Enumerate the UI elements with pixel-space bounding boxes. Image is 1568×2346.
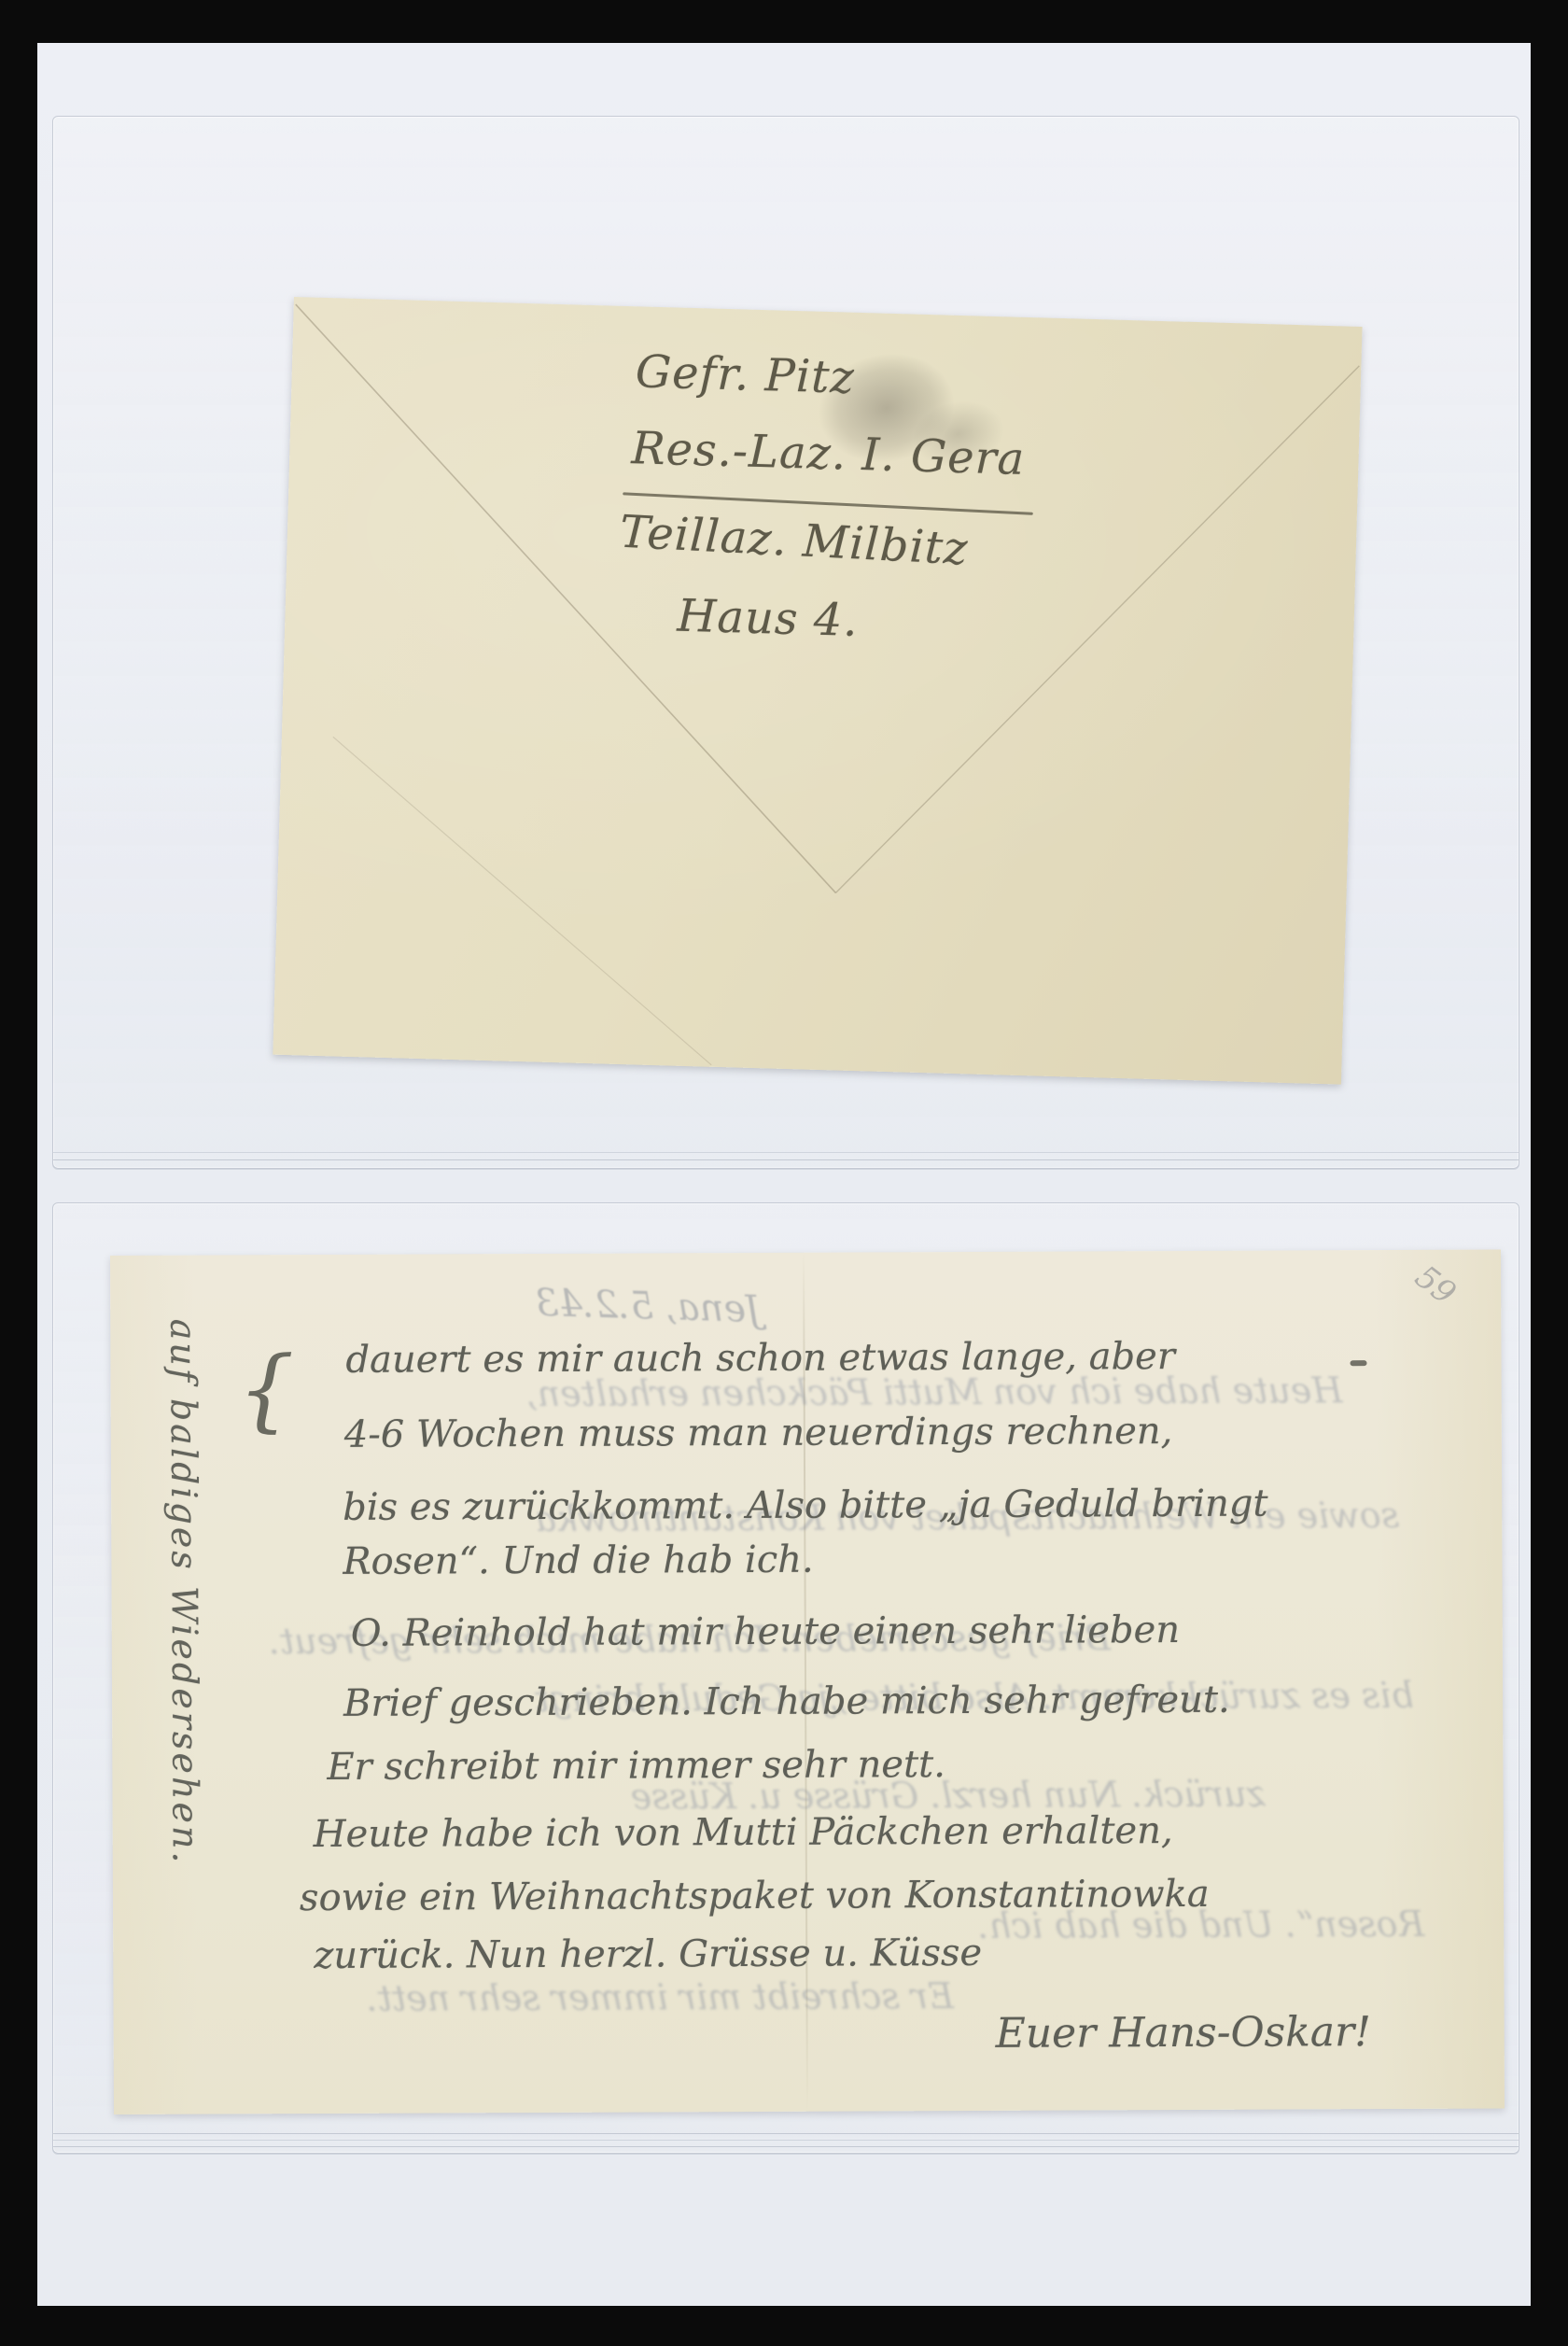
- letter-line: dauert es mir auch schon etwas lange, ab…: [345, 1335, 1175, 1382]
- address-line: Gefr. Pitz: [635, 345, 855, 404]
- letter-line: Heute habe ich von Mutti Päckchen erhalt…: [314, 1809, 1173, 1856]
- letter-line: O. Reinhold hat mir heute einen sehr lie…: [351, 1608, 1180, 1655]
- letter-line: Rosen“. Und die hab ich.: [343, 1538, 813, 1583]
- sleeve-seam: [53, 1159, 1519, 1160]
- letter-line: Brief geschrieben. Ich habe mich sehr ge…: [343, 1679, 1230, 1725]
- sleeve-seam: [53, 2140, 1519, 2141]
- ink-mark: [1351, 1360, 1367, 1366]
- handwritten-letter: Jena, 5.2.43 Heute habe ich von Mutti Pä…: [110, 1249, 1505, 2114]
- envelope-back: Gefr. Pitz Res.-Laz. I. Gera Teillaz. Mi…: [273, 297, 1362, 1085]
- signature: Euer Hans-Oskar!: [996, 2008, 1371, 2058]
- bleed-through-line: Er schreibt mir immer sehr nett.: [366, 1975, 954, 2019]
- address-line: Haus 4.: [677, 590, 860, 647]
- sleeve-seam: [53, 2133, 1519, 2134]
- letter-line: bis es zurückkommt. Also bitte „ja Gedul…: [343, 1482, 1267, 1529]
- bleed-through-date: Jena, 5.2.43: [535, 1282, 762, 1331]
- scanned-album-page: { "scan": { "frame_color": "#0b0b0b", "p…: [0, 0, 1568, 2346]
- sleeve-seam: [53, 1152, 1519, 1153]
- letter-line: Er schreibt mir immer sehr nett.: [327, 1743, 945, 1789]
- pencil-page-number: 59: [1407, 1258, 1463, 1313]
- sleeve-seam: [53, 2146, 1519, 2147]
- letter-line: zurück. Nun herzl. Grüsse u. Küsse: [314, 1932, 982, 1977]
- margin-note: auf baldiges Wiedersehen.: [162, 1319, 206, 1866]
- letter-line: 4-6 Wochen muss man neuerdings rechnen,: [344, 1410, 1173, 1456]
- address-line: Res.-Laz. I. Gera: [631, 422, 1026, 485]
- opening-brace: {: [237, 1337, 295, 1441]
- letter-line: sowie ein Weihnachtspaket von Konstantin…: [300, 1873, 1210, 1919]
